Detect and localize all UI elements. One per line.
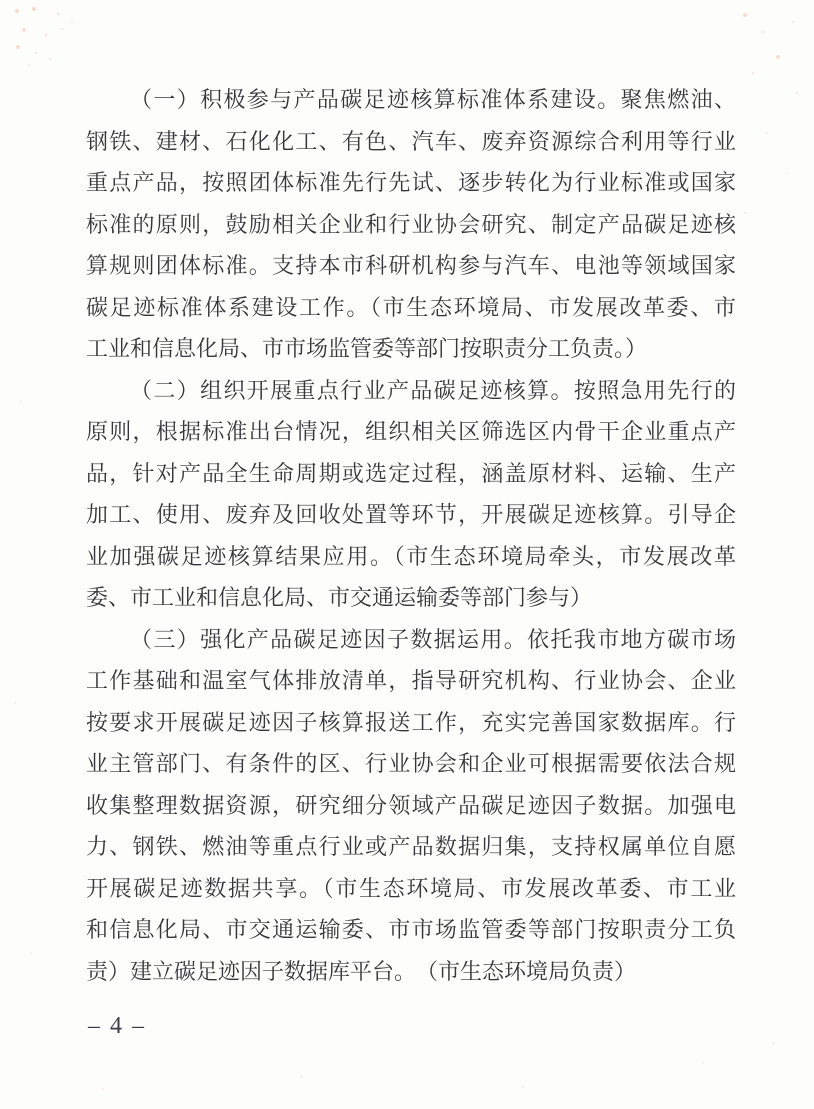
text-line: 钢铁、建材、石化化工、有色、汽车、废弃资源综合利用等行业: [86, 121, 736, 163]
text-line: （二）组织开展重点行业产品碳足迹核算。按照急用先行的: [86, 370, 736, 412]
text-line: 按要求开展碳足迹因子核算报送工作，充实完善国家数据库。行: [86, 702, 736, 744]
text-line: 工业和信息化局、市市场监管委等部门按职责分工负责。）: [86, 328, 736, 370]
text-line: 标准的原则，鼓励相关企业和行业协会研究、制定产品碳足迹核: [86, 204, 736, 246]
text-line: 开展碳足迹数据共享。（市生态环境局、市发展改革委、市工业: [86, 868, 736, 910]
paragraph: （二）组织开展重点行业产品碳足迹核算。按照急用先行的原则，根据标准出台情况，组织…: [86, 370, 736, 619]
paragraph: （一）积极参与产品碳足迹核算标准体系建设。聚焦燃油、钢铁、建材、石化化工、有色、…: [86, 79, 736, 370]
scanned-page: （一）积极参与产品碳足迹核算标准体系建设。聚焦燃油、钢铁、建材、石化化工、有色、…: [0, 0, 814, 1109]
text-line: 算规则团体标准。支持本市科研机构参与汽车、电池等领域国家: [86, 245, 736, 287]
page-number: – 4 –: [88, 1010, 146, 1042]
text-line: 和信息化局、市交通运输委、市市场监管委等部门按职责分工负: [86, 909, 736, 951]
text-line: 品，针对产品全生命周期或选定过程，涵盖原材料、运输、生产: [86, 453, 736, 495]
text-line: 加工、使用、废弃及回收处置等环节，开展碳足迹核算。引导企: [86, 494, 736, 536]
text-line: 原则，根据标准出台情况，组织相关区筛选区内骨干企业重点产: [86, 411, 736, 453]
paragraph: （三）强化产品碳足迹因子数据运用。依托我市地方碳市场工作基础和温室气体排放清单，…: [86, 619, 736, 993]
text-line: 碳足迹标准体系建设工作。（市生态环境局、市发展改革委、市: [86, 287, 736, 329]
text-line: 委、市工业和信息化局、市交通运输委等部门参与）: [86, 577, 736, 619]
scan-noise-specks: [0, 0, 2, 2]
text-line: 力、钢铁、燃油等重点行业或产品数据归集，支持权属单位自愿: [86, 826, 736, 868]
document-body: （一）积极参与产品碳足迹核算标准体系建设。聚焦燃油、钢铁、建材、石化化工、有色、…: [86, 79, 736, 992]
text-line: 业加强碳足迹核算结果应用。（市生态环境局牵头，市发展改革: [86, 536, 736, 578]
text-line: 业主管部门、有条件的区、行业协会和企业可根据需要依法合规: [86, 743, 736, 785]
text-line: （一）积极参与产品碳足迹核算标准体系建设。聚焦燃油、: [86, 79, 736, 121]
text-line: 重点产品，按照团体标准先行先试、逐步转化为行业标准或国家: [86, 162, 736, 204]
text-line: 责）建立碳足迹因子数据库平台。 （市生态环境局负责）: [86, 951, 736, 993]
text-line: 收集整理数据资源，研究细分领域产品碳足迹因子数据。加强电: [86, 785, 736, 827]
text-line: （三）强化产品碳足迹因子数据运用。依托我市地方碳市场: [86, 619, 736, 661]
text-line: 工作基础和温室气体排放清单，指导研究机构、行业协会、企业: [86, 660, 736, 702]
